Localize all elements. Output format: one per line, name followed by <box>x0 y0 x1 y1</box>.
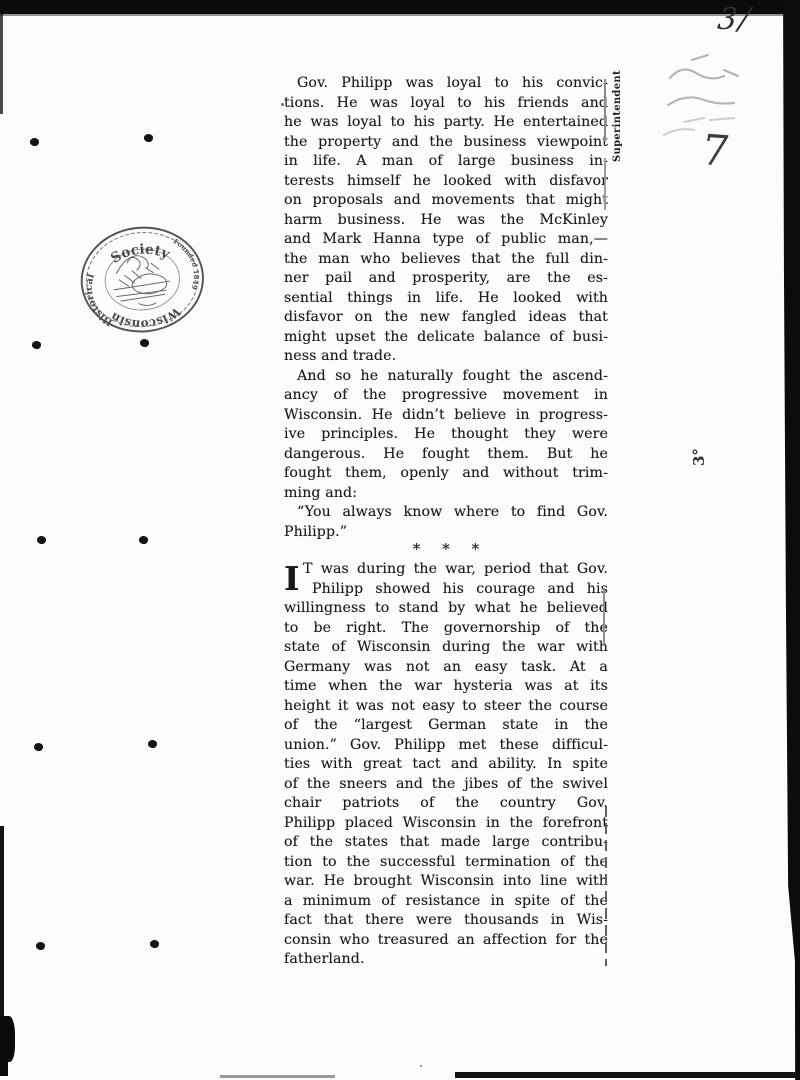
historical-society-stamp: Society Historical Founded 1849 Wisconsi… <box>68 206 217 356</box>
article-line: Philipp.” <box>284 523 608 543</box>
punch-dot <box>35 941 45 951</box>
pencil-scribbles <box>640 40 770 190</box>
scan-blob-bottom-left <box>0 1016 15 1062</box>
article-line: willingness to stand by what he believed <box>284 599 608 619</box>
article-line: union.” Gov. Philipp met these difficul- <box>284 736 608 756</box>
paragraph: “You always know where to find Gov.Phili… <box>284 503 608 542</box>
article-column: Gov. Philipp was loyal to his convic-tio… <box>284 74 608 970</box>
article-line: might upset the delicate balance of busi… <box>284 328 608 348</box>
article-line: and Mark Hanna type of public man,— <box>284 230 608 250</box>
article-line: terests himself he looked with disfavor <box>284 172 608 192</box>
scan-border-bottom-faint <box>220 1075 335 1078</box>
ink-speck <box>420 1065 422 1067</box>
paragraph: And so he naturally fought the ascend-an… <box>284 367 608 504</box>
svg-text:Founded 1849: Founded 1849 <box>171 236 201 293</box>
article-line: of the “largest German state in the <box>284 716 608 736</box>
article-line: Gov. Philipp was loyal to his convic- <box>284 74 608 94</box>
punch-dot <box>149 939 159 949</box>
article-line: ancy of the progressive movement in <box>284 386 608 406</box>
stamp-text-wisconsin: Wisconsin <box>107 303 185 334</box>
article-line: ner pail and prosperity, are the es- <box>284 269 608 289</box>
punch-dot <box>29 137 39 147</box>
star-separator: * * * <box>284 542 608 560</box>
article-line: on proposals and movements that might <box>284 191 608 211</box>
article-line: “You always know where to find Gov. <box>284 503 608 523</box>
article-line: And so he naturally fought the ascend- <box>284 367 608 387</box>
scan-edge-left-upper <box>0 14 3 114</box>
article-line: the property and the business viewpoint <box>284 133 608 153</box>
article-line: to be right. The governorship of the <box>284 619 608 639</box>
article-line: Germany was not an easy task. At a <box>284 658 608 678</box>
scan-blob-bottom-left-2 <box>0 1060 8 1076</box>
article-line: ness and trade. <box>284 347 608 367</box>
scanned-page: Society Historical Founded 1849 Wisconsi… <box>0 0 800 1080</box>
stamp-text-founded: Founded 1849 <box>171 236 201 293</box>
article-line: ties with great tact and ability. In spi… <box>284 755 608 775</box>
punch-dot <box>143 133 153 143</box>
svg-text:Society: Society <box>107 239 174 268</box>
article-line: harm business. He was the McKinley <box>284 211 608 231</box>
article-line: height it was not easy to steer the cour… <box>284 697 608 717</box>
article-line: of the states that made large contribu- <box>284 833 608 853</box>
scan-edge-left-lower <box>0 826 4 1018</box>
article-line: Wisconsin. He didn’t believe in progress… <box>284 406 608 426</box>
article-line: fatherland. <box>284 950 608 970</box>
column-rule-fragment <box>603 588 605 646</box>
scan-border-right <box>778 0 800 1080</box>
article-line: dangerous. He fought them. But he <box>284 445 608 465</box>
article-line: state of Wisconsin during the war with <box>284 638 608 658</box>
paragraph: IT was during the war, period that Gov.P… <box>284 560 608 970</box>
punch-dot <box>36 535 46 545</box>
article-line: disfavor on the new fangled ideas that <box>284 308 608 328</box>
column-rule-fragment <box>604 158 606 210</box>
superintendent-vertical-label: Superintendent <box>612 66 632 162</box>
article-line: ming and: <box>284 484 608 504</box>
article-line: Philipp placed Wisconsin in the forefron… <box>284 814 608 834</box>
stamp-text-society: Society <box>107 239 174 268</box>
article-line: war. He brought Wisconsin into line with <box>284 872 608 892</box>
handwritten-page-number: 3/ <box>716 2 754 37</box>
article-line: fact that there were thousands in Wis- <box>284 911 608 931</box>
punch-dot <box>147 739 157 749</box>
article-line: time when the war hysteria was at its <box>284 677 608 697</box>
column-rule-fragment <box>604 79 606 141</box>
article-line: Philipp showed his courage and his <box>284 580 608 600</box>
drop-cap: I <box>284 562 300 595</box>
punch-dot <box>138 535 148 545</box>
article-line: tion to the successful termination of th… <box>284 853 608 873</box>
article-line: consin who treasured an affection for th… <box>284 931 608 951</box>
svg-text:Wisconsin: Wisconsin <box>107 303 185 334</box>
article-line: he was loyal to his party. He entertaine… <box>284 113 608 133</box>
scan-border-top-fuzz <box>0 14 785 16</box>
article-line: fought them, openly and without trim- <box>284 464 608 484</box>
article-line: T was during the war, period that Gov. <box>284 560 608 580</box>
article-line: chair patriots of the country Gov. <box>284 794 608 814</box>
paragraph: Gov. Philipp was loyal to his convic-tio… <box>284 74 608 367</box>
article-line: ive principles. He thought they were <box>284 425 608 445</box>
scan-border-top <box>0 0 800 14</box>
scan-border-bottom <box>455 1072 800 1078</box>
article-line: sential things in life. He looked with <box>284 289 608 309</box>
article-line: a minimum of resistance in spite of the <box>284 892 608 912</box>
punch-dot <box>33 742 43 752</box>
article-line: the man who believes that the full din- <box>284 250 608 270</box>
article-line: tions. He was loyal to his friends and <box>284 94 608 114</box>
column-rule-fragment <box>605 806 607 966</box>
article-line: in life. A man of large business in- <box>284 152 608 172</box>
handwritten-side-mark: 3° <box>690 436 708 466</box>
punch-dot <box>31 340 41 350</box>
article-line: of the sneers and the jibes of the swive… <box>284 775 608 795</box>
